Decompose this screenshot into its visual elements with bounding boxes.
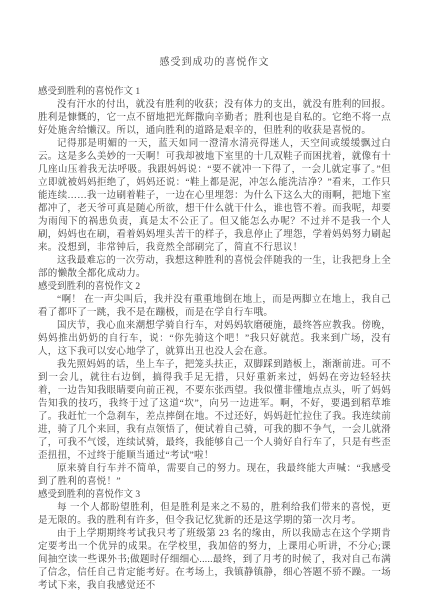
essay-section-2: 感受到胜利的喜悦作文 2 “啊！ 在一声尖叫后，我并没有重重地倒在地上，而是两脚… (38, 281, 391, 489)
document-page: 感受到成功的喜悦作文 感受到胜利的喜悦作文 1 没有汗水的付出，就没有胜利的收获… (0, 0, 424, 600)
paragraph: 这我最难忘的一次劳动，我想这种胜利的喜悦会伴随我的一生，让我把身上全部的懒散全都… (38, 255, 391, 281)
paragraph: 没有汗水的付出，就没有胜利的收获；没有体力的支出，就没有胜利的回报。胜利是慷慨的… (38, 99, 391, 138)
paragraph: 每 一个人都盼望胜利，但是胜利是来之不易的，胜利给我们带来的喜悦，更是无限的。我… (38, 502, 391, 528)
paragraph: “啊！ 在一声尖叫后，我并没有重重地倒在地上，而是两脚立在地上，我自己看了都吓了… (38, 294, 391, 320)
essay-section-1: 感受到胜利的喜悦作文 1 没有汗水的付出，就没有胜利的收获；没有体力的支出，就没… (38, 86, 391, 281)
paragraph: 记得那是明媚的一天，蓝天如同一澄清水清亮得迷人，天空间或缓缓飘过白云。这是多么美… (38, 138, 391, 255)
section-2-heading: 感受到胜利的喜悦作文 2 (38, 281, 391, 294)
section-3-heading: 感受到胜利的喜悦作文 3 (38, 489, 391, 502)
paragraph: 由于上学期期终考试我只考了班级第 23 名的缘由，所以我励志在这个学期肯定要考出… (38, 528, 391, 593)
section-1-heading: 感受到胜利的喜悦作文 1 (38, 86, 391, 99)
paragraph: 国庆节，我心血来潮想学骑自行车，对妈妈软磨硬施，最终答应教我。傍晚，妈妈推出奶奶… (38, 320, 391, 359)
paragraph: 原来骑自行车并不简单，需要自己的努力。现在，我最终能大声喊：“我感受到了胜利的喜… (38, 463, 391, 489)
essay-section-3: 感受到胜利的喜悦作文 3 每 一个人都盼望胜利，但是胜利是来之不易的，胜利给我们… (38, 489, 391, 593)
document-title: 感受到成功的喜悦作文 (38, 56, 391, 69)
paragraph: 我先照妈妈的话，坐上车子，把笼头扶正，双脚踩到踏板上，渐渐前进。可不到一会儿，就… (38, 359, 391, 463)
